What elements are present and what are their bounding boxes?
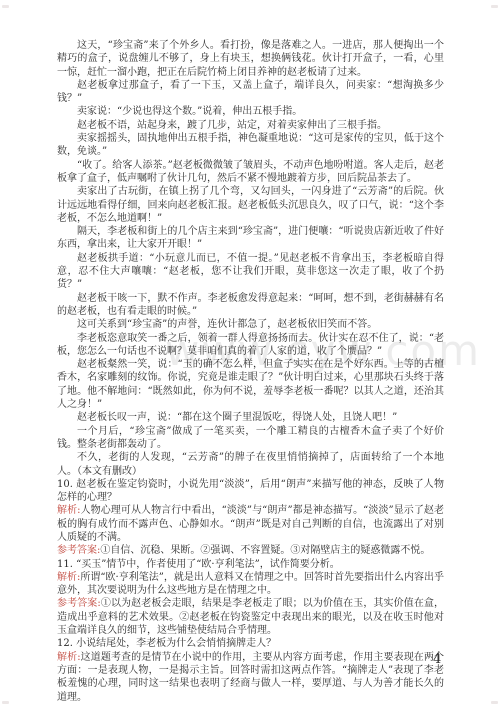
answer-paragraph: 参考答案:①以为赵老板会走眼，结果是李老板走了眼；以为价值在玉，其实价值在盒，造… bbox=[57, 597, 444, 637]
story-paragraph: 赵老板干咳一下，默不作声。李老板愈发得意起来：“呵呵，想不到，老街赫赫有名的赵老… bbox=[57, 292, 444, 319]
story-paragraph: 赵老板拿过那盒子，看了一下玉，又盖上盒子，端详良久，问卖家：“想淘换多少钱？” bbox=[57, 79, 444, 106]
story-paragraph: 赵老板长叹一声，说：“都在这个圈子里混饭吃，得饶人处，且饶人吧！” bbox=[57, 411, 444, 424]
analysis-paragraph: 解析:这道题考查的是情节在小说中的作用，主要从内容方面考虑，作用主要表现在两个方… bbox=[57, 651, 444, 704]
analysis-paragraph: 解析:人物心理可从人物言行中看出，“淡淡”与“朗声”都是神态描写。“淡淡”显示了… bbox=[57, 504, 444, 544]
question-text: 10. 赵老板在鉴定钧瓷时，小说先用“淡淡”，后用“朗声”来描写他的神态，反映了… bbox=[57, 478, 444, 505]
analysis-paragraph-label: 解析: bbox=[57, 652, 81, 663]
story-paragraph: 这可关系到“珍宝斋”的声誉，连伙计都急了，赵老板依旧笑而不答。 bbox=[57, 318, 444, 331]
analysis-paragraph-label: 解析: bbox=[57, 505, 81, 516]
content-area: 这天，“珍宝斋”来了个外乡人。看打扮，像是落难之人。一进店，那人便掏出一个精巧的… bbox=[57, 39, 444, 704]
document-page: www.cyw.com 这天，“珍宝斋”来了个外乡人。看打扮，像是落难之人。一进… bbox=[0, 0, 500, 708]
analysis-paragraph-label: 解析: bbox=[57, 572, 80, 583]
story-paragraph: 卖家说：“少说也得这个数。”说着，伸出五根手指。 bbox=[57, 105, 444, 118]
question-text: 11. “买玉”情节中，作者使用了“欧·亨利笔法”，试作简要分析。 bbox=[57, 558, 444, 571]
story-paragraph: 卖家摇摇头，固执地伸出五根手指，神色凝重地说：“这可是家传的宝贝，低于这个数，免… bbox=[57, 132, 444, 159]
story-paragraph: 隔天，李老板和街上的几个店主来到“珍宝斋”，进门便嚷：“听说贵店新近收了件好东西… bbox=[57, 225, 444, 252]
story-paragraph: 赵老板粲然一笑，说：“玉的确不怎么样，但盒子实实在在是个好东西。上等的古檀香木，… bbox=[57, 358, 444, 411]
scan-noise-mark bbox=[2, 5, 9, 8]
question-text: 12. 小说结尾处，李老板为什么会悄悄摘牌走人？ bbox=[57, 637, 444, 650]
analysis-paragraph: 解析:所谓“欧·亨利笔法”，就是出人意料又在情理之中。回答时首先要指出什么内容出… bbox=[57, 571, 444, 598]
story-paragraph: 不久，老街的人发现，“云芳斋”的牌子在夜里悄悄摘掉了，店面转给了一个本地人。（本… bbox=[57, 451, 444, 478]
page-number: 4 bbox=[433, 652, 441, 667]
story-paragraph: 李老板恣意取笑一番之后，领着一群人得意扬扬而去。伙计实在忍不住了，说：“老板，您… bbox=[57, 332, 444, 359]
answer-paragraph: 参考答案:①自信、沉稳、果断。②强调、不容置疑。③对隔壁店主的疑惑微露不悦。 bbox=[57, 544, 444, 557]
story-section: 这天，“珍宝斋”来了个外乡人。看打扮，像是落难之人。一进店，那人便掏出一个精巧的… bbox=[57, 39, 444, 478]
scan-noise-mark bbox=[491, 5, 498, 8]
scan-noise-mark bbox=[2, 701, 9, 704]
story-paragraph: 一个月后，“珍宝斋”做成了一笔买卖，一个雕工精良的古檀香木盒子卖了个好价钱。整条… bbox=[57, 425, 444, 452]
story-paragraph: 赵老板不语，站起身来，踱了几步，站定，对着卖家伸出了三根手指。 bbox=[57, 119, 444, 132]
story-paragraph: 卖家出了古玩街，在镇上拐了几个弯，又勾回头，一闪身进了“云芳斋”的后院。伙计远远… bbox=[57, 185, 444, 225]
story-paragraph: 赵老板拱手道：“小玩意儿而已，不值一提。”见赵老板不肯拿出玉，李老板暗自得意，忍… bbox=[57, 252, 444, 292]
qa-section: 10. 赵老板在鉴定钧瓷时，小说先用“淡淡”，后用“朗声”来描写他的神态，反映了… bbox=[57, 478, 444, 704]
answer-paragraph-label: 参考答案: bbox=[57, 545, 100, 556]
story-paragraph: 这天，“珍宝斋”来了个外乡人。看打扮，像是落难之人。一进店，那人便掏出一个精巧的… bbox=[57, 39, 444, 79]
story-paragraph: “收了。给客人添茶。”赵老板微微皱了皱眉头，不动声色地吩咐道。客人走后，赵老板拿… bbox=[57, 159, 444, 186]
scan-noise-mark bbox=[491, 701, 498, 704]
answer-paragraph-label: 参考答案: bbox=[57, 598, 101, 609]
